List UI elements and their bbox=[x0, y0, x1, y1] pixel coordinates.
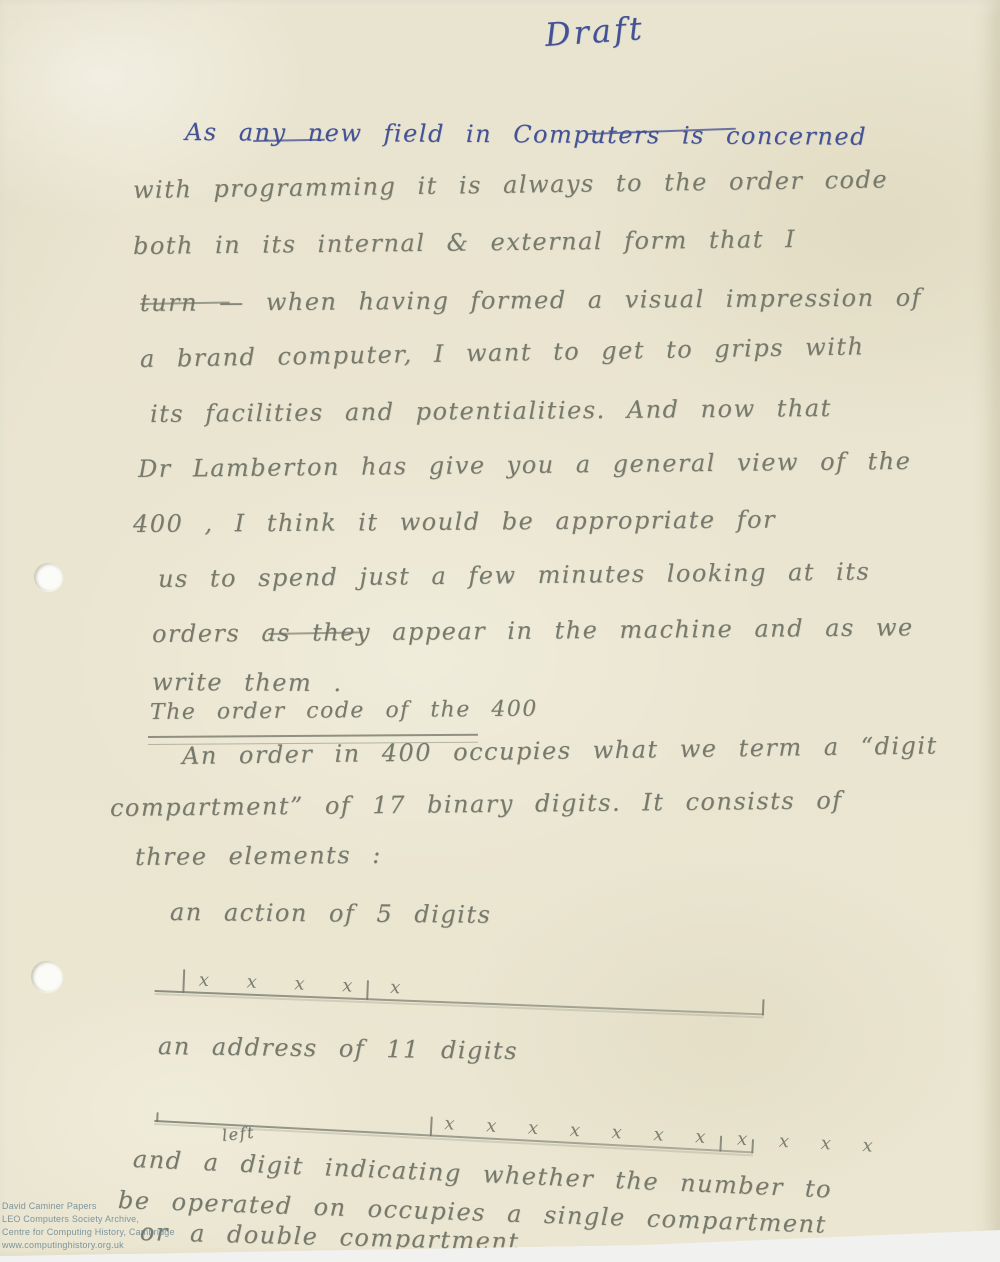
paragraph1-line: write them . bbox=[152, 668, 343, 697]
section-heading: The order code of the 400 bbox=[150, 697, 538, 725]
insert-word: left bbox=[221, 1123, 256, 1145]
paragraph1-line: us to spend just a few minutes looking a… bbox=[158, 558, 871, 593]
action-label: an action of 5 digits bbox=[170, 898, 492, 929]
paragraph2-line: compartment” of 17 binary digits. It con… bbox=[110, 786, 843, 822]
archive-stamp-line: David Caminer Papers bbox=[2, 1201, 97, 1211]
digit-marks: x x x x x x x x x x x bbox=[444, 1113, 886, 1157]
punch-hole-top bbox=[34, 563, 62, 591]
paragraph1-line: with programming it is always to the ord… bbox=[133, 165, 888, 204]
paragraph1-line: turn — when having formed a visual impre… bbox=[140, 284, 922, 317]
draft-title: Draft bbox=[544, 9, 646, 54]
punch-hole-bottom bbox=[31, 961, 62, 992]
register-baseline bbox=[154, 990, 764, 1015]
register-tick bbox=[182, 969, 185, 993]
paragraph1-line: Dr Lamberton has give you a general view… bbox=[138, 447, 912, 483]
action-register-diagram: x x x x x bbox=[154, 958, 765, 1015]
register-end-hook bbox=[754, 999, 765, 1015]
paragraph1-line: 400 , I think it would be appropriate fo… bbox=[133, 506, 776, 538]
archive-stamp-line: www.computinghistory.org.uk bbox=[2, 1240, 124, 1250]
address-label: an address of 11 digits bbox=[158, 1032, 518, 1065]
address-register-diagram: x x x x x x x x x x x bbox=[154, 1088, 755, 1153]
archive-stamp-line: LEO Computers Society Archive, bbox=[2, 1214, 139, 1224]
register-end-hook bbox=[743, 1139, 754, 1154]
paragraph1-line: its facilities and potentialities. And n… bbox=[150, 394, 832, 428]
paragraph1-line: orders as they appear in the machine and… bbox=[152, 613, 914, 648]
paragraph1-line: both in its internal & external form tha… bbox=[133, 225, 796, 260]
register-tick bbox=[430, 1116, 433, 1136]
archive-stamp-line: Centre for Computing History, Cambridge bbox=[2, 1227, 175, 1237]
paragraph1-line: a brand computer, I want to get to grips… bbox=[140, 332, 865, 373]
paragraph2-line: three elements : bbox=[135, 841, 382, 871]
paragraph1-line: As any new field in Computers is concern… bbox=[185, 118, 867, 151]
paper-sheet: Draft As any new field in Computers is c… bbox=[0, 0, 1000, 1262]
